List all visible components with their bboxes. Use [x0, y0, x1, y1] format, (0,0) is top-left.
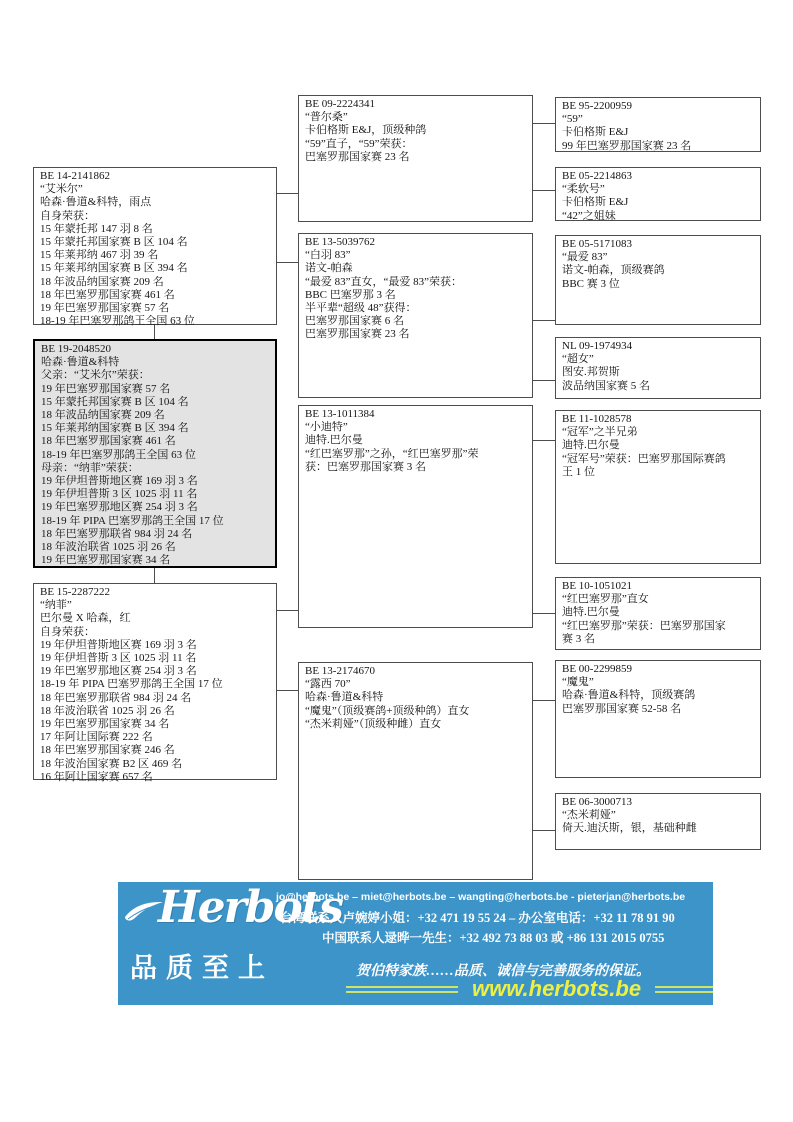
pedigree-line: 18-19 年 PIPA 巴塞罗那鸽王全国 17 位 — [40, 678, 273, 691]
pedigree-line: “纳菲” — [40, 599, 273, 612]
website-url[interactable]: www.herbots.be — [472, 976, 641, 1002]
pedigree-line: 巴尔曼 X 哈森，红 — [40, 612, 273, 625]
pedigree-line: 卡伯格斯 E&J，顶级种鸽 — [305, 124, 529, 137]
china-contact-line: 中国联系人逯晔一先生：+32 492 73 88 03 或 +86 131 20… — [322, 928, 664, 946]
connector-line — [533, 190, 555, 191]
pedigree-box-dam-dam: BE 13-2174670“露西 70”哈森·鲁道&科特“魔鬼”（顶级赛鸽+顶级… — [298, 662, 533, 880]
pedigree-line: 15 年莱邦纳 467 羽 39 名 — [40, 249, 273, 262]
pedigree-line: 99 年巴塞罗那国家赛 23 名 — [562, 140, 757, 153]
pedigree-line: “柔软号” — [562, 183, 757, 196]
pedigree-line: BE 14-2141862 — [40, 170, 273, 183]
pedigree-line: BE 05-5171083 — [562, 238, 757, 251]
pedigree-box-great-grandparent-3: BE 05-5171083“最爱 83”诺文-帕森，顶级赛鸽BBC 赛 3 位 — [555, 235, 761, 325]
connector-line — [277, 262, 298, 263]
pedigree-line: 18 年巴塞罗那联省 984 羽 24 名 — [40, 692, 273, 705]
pedigree-line: 迪特.巴尔曼 — [562, 606, 757, 619]
taiwan-contact-line: 台湾联系人卢婉婷小姐：+32 471 19 55 24 – 办公室电话：+32 … — [280, 908, 675, 926]
pedigree-line: 母亲：“纳菲”荣获： — [41, 462, 272, 475]
pedigree-line: 自身荣获： — [40, 626, 273, 639]
pedigree-line: “42”之姐妹 — [562, 210, 757, 223]
pedigree-line: 16 年阿让国家赛 657 名 — [40, 771, 273, 784]
pedigree-line: 18-19 年巴塞罗那鸽王全国 63 位 — [40, 315, 273, 328]
pedigree-box-great-grandparent-6: BE 10-1051021“红巴塞罗那”直女迪特.巴尔曼“红巴塞罗那”荣获：巴塞… — [555, 577, 761, 650]
pedigree-line: 18 年波治联省 1025 羽 26 名 — [40, 705, 273, 718]
pedigree-line: 王 1 位 — [562, 466, 757, 479]
pedigree-line: 哈森·鲁道&科特，顶级赛鸽 — [562, 689, 757, 702]
pedigree-line: 图安.邦贺斯 — [562, 366, 757, 379]
pedigree-line: 半平辈“超级 48”获得： — [305, 302, 529, 315]
pedigree-line: BE 11-1028578 — [562, 413, 757, 426]
pedigree-line: “普尔桑” — [305, 111, 529, 124]
pedigree-line: 19 年伊坦普斯地区赛 169 羽 3 名 — [40, 639, 273, 652]
connector-line — [533, 700, 555, 701]
pedigree-line: 19 年巴塞罗那地区赛 254 羽 3 名 — [41, 501, 272, 514]
pedigree-line: 18-19 年 PIPA 巴塞罗那鸽王全国 17 位 — [41, 515, 272, 528]
pedigree-line: 巴塞罗那国家赛 23 名 — [305, 151, 529, 164]
pedigree-line: 19 年伊坦普斯 3 区 1025 羽 11 名 — [40, 652, 273, 665]
pedigree-box-great-grandparent-4: NL 09-1974934“超女”图安.邦贺斯波品纳国家赛 5 名 — [555, 337, 761, 399]
herbots-banner: Herbots 品质至上 jo@herbots.be – miet@herbot… — [118, 882, 713, 1005]
pedigree-line: 巴塞罗那国家赛 6 名 — [305, 315, 529, 328]
double-rule-right — [655, 986, 713, 993]
pedigree-box-main-bird: BE 19-2048520哈森·鲁道&科特父亲：“艾米尔”荣获：19 年巴塞罗那… — [33, 339, 277, 568]
pedigree-line: BE 00-2299859 — [562, 663, 757, 676]
pedigree-line: 19 年伊坦普斯地区赛 169 羽 3 名 — [41, 475, 272, 488]
connector-line — [533, 123, 555, 124]
pedigree-line: 19 年巴塞罗那国家赛 34 名 — [40, 718, 273, 731]
pedigree-line: BE 13-5039762 — [305, 236, 529, 249]
pedigree-line: “红巴塞罗那”荣获：巴塞罗那国家 — [562, 620, 757, 633]
pedigree-line: BBC 赛 3 位 — [562, 278, 757, 291]
pedigree-line: 18-19 年巴塞罗那鸽王全国 63 位 — [41, 449, 272, 462]
pedigree-box-sire-sire: BE 09-2224341“普尔桑”卡伯格斯 E&J，顶级种鸽“59”直子，“5… — [298, 95, 533, 222]
pedigree-box-sire-dam: BE 13-5039762“白羽 83”诺文-帕森“最爱 83”直女，“最爱 8… — [298, 233, 533, 398]
pedigree-line: BE 15-2287222 — [40, 586, 273, 599]
pedigree-box-dam: BE 15-2287222“纳菲”巴尔曼 X 哈森，红自身荣获：19 年伊坦普斯… — [33, 583, 277, 780]
pedigree-line: 哈森·鲁道&科特，雨点 — [40, 196, 273, 209]
pedigree-line: 15 年莱邦纳国家赛 B 区 394 名 — [40, 262, 273, 275]
connector-line — [533, 440, 555, 441]
pedigree-line: 18 年波治联省 1025 羽 26 名 — [41, 541, 272, 554]
pedigree-line: 哈森·鲁道&科特 — [305, 691, 529, 704]
pedigree-line: “冠军”之半兄弟 — [562, 426, 757, 439]
pedigree-line: “最爱 83”直女，“最爱 83”荣获： — [305, 276, 529, 289]
connector-line — [154, 568, 155, 583]
pedigree-line: NL 09-1974934 — [562, 340, 757, 353]
pedigree-line: “魔鬼” — [562, 676, 757, 689]
pedigree-line: 18 年波品纳国家赛 209 名 — [40, 276, 273, 289]
pedigree-line: “魔鬼”（顶级赛鸽+顶级种鸽）直女 — [305, 705, 529, 718]
contact-emails: jo@herbots.be – miet@herbots.be – wangti… — [276, 891, 712, 903]
pedigree-line: 19 年巴塞罗那国家赛 57 名 — [41, 383, 272, 396]
pedigree-box-great-grandparent-5: BE 11-1028578“冠军”之半兄弟迪特.巴尔曼“冠军号”荣获：巴塞罗那国… — [555, 410, 761, 564]
pedigree-line: 18 年波品纳国家赛 209 名 — [41, 409, 272, 422]
pedigree-line: 迪特.巴尔曼 — [562, 439, 757, 452]
pedigree-box-great-grandparent-8: BE 06-3000713“杰米莉娅”倚天.迪沃斯，银，基础种雌 — [555, 793, 761, 850]
pedigree-box-great-grandparent-2: BE 05-2214863“柔软号”卡伯格斯 E&J“42”之姐妹 — [555, 167, 761, 221]
pedigree-line: 18 年巴塞罗那国家赛 246 名 — [40, 744, 273, 757]
pedigree-line: 19 年巴塞罗那国家赛 34 名 — [41, 554, 272, 567]
pedigree-line: BE 13-2174670 — [305, 665, 529, 678]
pedigree-line: 获：巴塞罗那国家赛 3 名 — [305, 461, 529, 474]
pedigree-line: “白羽 83” — [305, 249, 529, 262]
pedigree-line: 诺文-帕森 — [305, 262, 529, 275]
pedigree-line: 18 年巴塞罗那国家赛 461 名 — [40, 289, 273, 302]
connector-line — [154, 325, 155, 339]
pedigree-line: 15 年蒙托邦国家赛 B 区 104 名 — [40, 236, 273, 249]
pedigree-box-dam-sire: BE 13-1011384“小迪特”迪特.巴尔曼“红巴塞罗那”之孙，“红巴塞罗那… — [298, 405, 533, 628]
pedigree-line: “露西 70” — [305, 678, 529, 691]
pedigree-line: “最爱 83” — [562, 251, 757, 264]
quality-slogan: 品质至上 — [130, 946, 274, 985]
connector-line — [533, 830, 555, 831]
pedigree-box-great-grandparent-7: BE 00-2299859“魔鬼”哈森·鲁道&科特，顶级赛鸽巴塞罗那国家赛 52… — [555, 660, 761, 778]
pedigree-line: “杰米莉娅” — [562, 809, 757, 822]
connector-line — [277, 690, 298, 691]
pedigree-line: BE 13-1011384 — [305, 408, 529, 421]
pedigree-line: 18 年巴塞罗那联省 984 羽 24 名 — [41, 528, 272, 541]
connector-line — [533, 320, 555, 321]
pedigree-line: 父亲：“艾米尔”荣获： — [41, 369, 272, 382]
connector-line — [533, 380, 555, 381]
pedigree-line: “艾米尔” — [40, 183, 273, 196]
pedigree-line: 19 年伊坦普斯 3 区 1025 羽 11 名 — [41, 488, 272, 501]
pedigree-line: “杰米莉娅”（顶级种雌）直女 — [305, 718, 529, 731]
pedigree-line: 15 年蒙托邦 147 羽 8 名 — [40, 223, 273, 236]
pedigree-line: 18 年巴塞罗那国家赛 461 名 — [41, 435, 272, 448]
connector-line — [277, 610, 298, 611]
pedigree-line: 19 年巴塞罗那国家赛 57 名 — [40, 302, 273, 315]
pedigree-line: 赛 3 名 — [562, 633, 757, 646]
pedigree-line: 自身荣获： — [40, 210, 273, 223]
pedigree-line: BE 19-2048520 — [41, 343, 272, 356]
pedigree-line: BBC 巴塞罗那 3 名 — [305, 289, 529, 302]
pedigree-line: 倚天.迪沃斯，银，基础种雌 — [562, 822, 757, 835]
pedigree-line: BE 05-2214863 — [562, 170, 757, 183]
pedigree-line: BE 06-3000713 — [562, 796, 757, 809]
pedigree-line: 19 年巴塞罗那地区赛 254 羽 3 名 — [40, 665, 273, 678]
connector-line — [277, 193, 298, 194]
pedigree-line: 17 年阿让国际赛 222 名 — [40, 731, 273, 744]
pedigree-line: BE 09-2224341 — [305, 98, 529, 111]
pedigree-line: BE 10-1051021 — [562, 580, 757, 593]
connector-line — [533, 613, 555, 614]
pedigree-line: 哈森·鲁道&科特 — [41, 356, 272, 369]
pedigree-line: “冠军号”荣获：巴塞罗那国际赛鸽 — [562, 453, 757, 466]
pedigree-line: 15 年蒙托邦国家赛 B 区 104 名 — [41, 396, 272, 409]
pedigree-line: 卡伯格斯 E&J — [562, 126, 757, 139]
pedigree-line: “超女” — [562, 353, 757, 366]
pedigree-line: 波品纳国家赛 5 名 — [562, 380, 757, 393]
pedigree-line: “59” — [562, 113, 757, 126]
website-row: www.herbots.be — [346, 976, 713, 1002]
pedigree-line: “红巴塞罗那”之孙，“红巴塞罗那”荣 — [305, 448, 529, 461]
pedigree-line: 卡伯格斯 E&J — [562, 196, 757, 209]
pedigree-line: 巴塞罗那国家赛 52-58 名 — [562, 703, 757, 716]
pedigree-line: 迪特.巴尔曼 — [305, 434, 529, 447]
pedigree-line: 巴塞罗那国家赛 23 名 — [305, 328, 529, 341]
pedigree-line: “红巴塞罗那”直女 — [562, 593, 757, 606]
double-rule-left — [346, 986, 458, 993]
pedigree-line: 18 年波治国家赛 B2 区 469 名 — [40, 758, 273, 771]
pedigree-line: “小迪特” — [305, 421, 529, 434]
pedigree-box-great-grandparent-1: BE 95-2200959“59”卡伯格斯 E&J99 年巴塞罗那国家赛 23 … — [555, 97, 761, 152]
pedigree-line: 诺文-帕森，顶级赛鸽 — [562, 264, 757, 277]
pedigree-line: “59”直子，“59”荣获： — [305, 138, 529, 151]
pedigree-box-sire: BE 14-2141862“艾米尔”哈森·鲁道&科特，雨点自身荣获：15 年蒙托… — [33, 167, 277, 325]
pedigree-line: BE 95-2200959 — [562, 100, 757, 113]
pedigree-line: 15 年莱邦纳国家赛 B 区 394 名 — [41, 422, 272, 435]
